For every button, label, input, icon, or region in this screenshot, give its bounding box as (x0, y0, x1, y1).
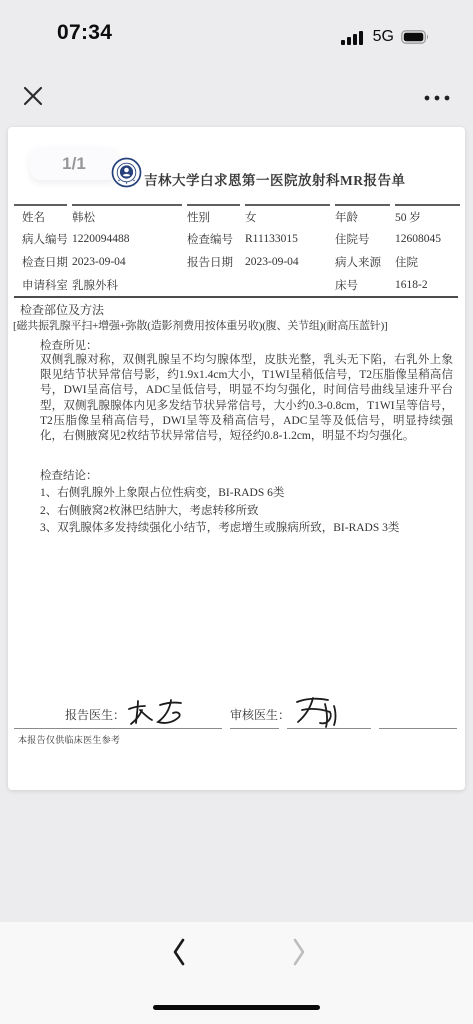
info-label: 住院号 (335, 227, 390, 250)
home-indicator (153, 1005, 320, 1010)
info-value: 2023-09-04 (245, 250, 330, 273)
signature-rule (14, 728, 457, 729)
network-label: 5G (373, 28, 394, 46)
signature-row: 报告医生： 审核医生： (8, 697, 465, 731)
next-page-button[interactable] (284, 934, 314, 970)
info-label: 病人编号 (14, 227, 67, 250)
info-label: 姓名 (14, 204, 67, 227)
conclusion-item: 2、右侧腋窝2枚淋巴结肿大，考虑转移所致 (40, 502, 453, 518)
report-document[interactable]: 1/1 吉林大学白求恩第一医院放射科MR报告单 姓名 韩松 性别 女 年龄 50… (8, 127, 465, 790)
info-value: 1618-2 (395, 273, 460, 296)
info-label: 报告日期 (187, 250, 240, 273)
status-icons: 5G (341, 28, 429, 46)
info-value: 女 (245, 204, 330, 227)
viewer-toolbar (0, 80, 473, 116)
method-section-label: 检查部位及方法 (20, 301, 104, 318)
info-label: 性别 (187, 204, 240, 227)
info-value: 1220094488 (72, 227, 182, 250)
method-text: [磁共振乳腺平扫+增强+弥散(造影剂费用按体重另收)(腹、关节组)(耐高压蓝针)… (13, 317, 388, 333)
info-label: 申请科室 (14, 273, 67, 296)
chevron-left-icon (170, 937, 188, 967)
info-label: 年龄 (335, 204, 390, 227)
cellular-signal-icon (341, 29, 366, 45)
info-value: 12608045 (395, 227, 460, 250)
findings-text: 双侧乳腺对称，双侧乳腺呈不均匀腺体型，皮肤光整，乳头无下陷，右乳外上象限见结节状… (40, 353, 453, 444)
info-label: 检查编号 (187, 227, 240, 250)
conclusion-item: 1、右侧乳腺外上象限占位性病变，BI-RADS 6类 (40, 484, 453, 500)
info-value: 50 岁 (395, 204, 460, 227)
more-options-button[interactable] (421, 86, 453, 110)
battery-icon (401, 30, 429, 44)
hospital-logo-icon (111, 157, 142, 188)
info-label: 检查日期 (14, 250, 67, 273)
info-value: 2023-09-04 (72, 250, 182, 273)
more-icon (423, 94, 451, 102)
page-indicator-badge: 1/1 (30, 147, 118, 180)
info-value (245, 273, 330, 296)
conclusion-label: 检查结论： (40, 467, 98, 483)
footer-note: 本报告仅供临床医生参考 (18, 733, 120, 746)
info-label: 病人来源 (335, 250, 390, 273)
findings-label: 检查所见： (40, 337, 98, 353)
page-indicator: 1/1 (62, 154, 86, 174)
info-value: 住院 (395, 250, 460, 273)
conclusion-item: 3、双乳腺体多发持续强化小结节，考虑增生或腺病所致，BI-RADS 3类 (40, 519, 453, 535)
info-value: R11133015 (245, 227, 330, 250)
chevron-right-icon (290, 937, 308, 967)
status-time: 07:34 (57, 21, 112, 45)
review-doctor-signature (290, 694, 342, 730)
info-label (187, 273, 240, 296)
status-bar: 07:34 5G (0, 0, 473, 60)
close-icon (21, 84, 45, 108)
report-doctor-signature (124, 697, 188, 729)
phone-screen: 07:34 5G (0, 0, 473, 1024)
report-doctor-label: 报告医生： (65, 706, 125, 723)
previous-page-button[interactable] (164, 934, 194, 970)
info-value: 乳腺外科 (72, 273, 182, 296)
info-value: 韩松 (72, 204, 182, 227)
table-bottom-rule (14, 296, 458, 298)
patient-info-table: 姓名 韩松 性别 女 年龄 50 岁 病人编号 1220094488 检查编号 … (14, 204, 460, 296)
info-label: 床号 (335, 273, 390, 296)
close-button[interactable] (21, 84, 49, 112)
review-doctor-label: 审核医生： (230, 706, 290, 723)
report-title: 吉林大学白求恩第一医院放射科MR报告单 (144, 169, 406, 189)
